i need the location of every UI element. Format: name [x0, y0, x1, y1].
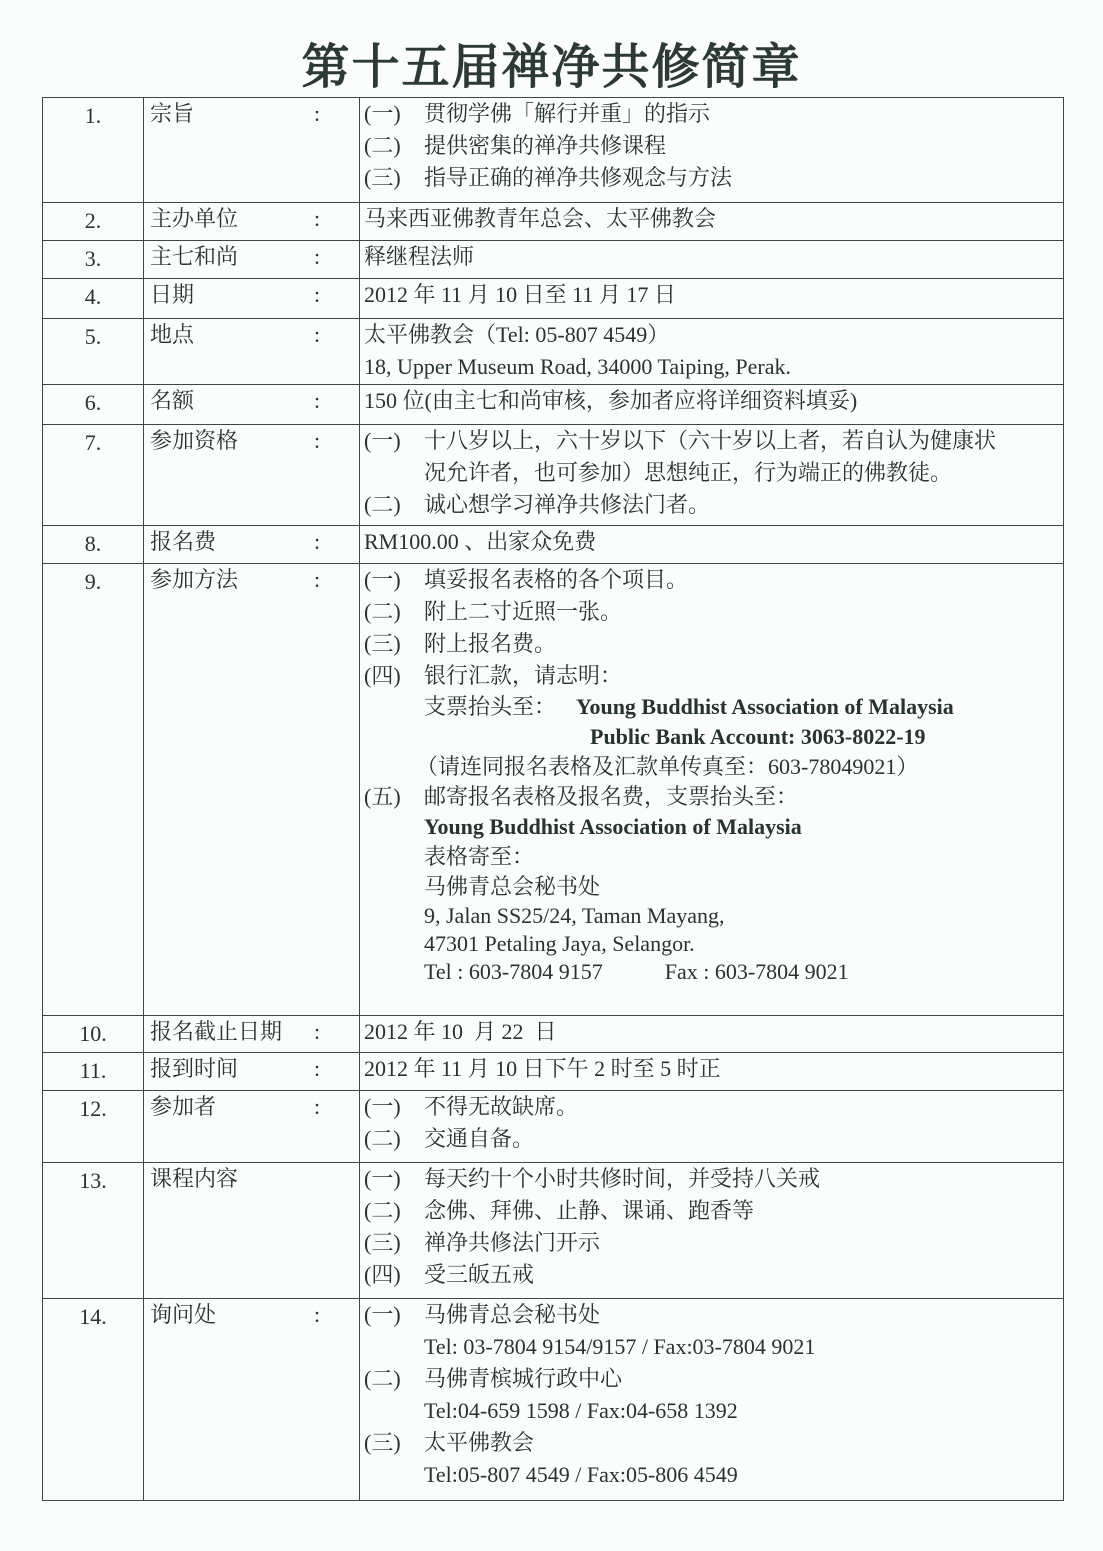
- row-number: 6.: [43, 385, 144, 425]
- row-label: 主七和尚:: [144, 241, 360, 279]
- row-number: 9.: [43, 564, 144, 1016]
- row-label: 询问处:: [144, 1299, 360, 1501]
- row-value: 太平佛教会（Tel: 05-807 4549） 18, Upper Museum…: [360, 319, 1064, 385]
- table-row: 8. 报名费: RM100.00 、出家众免费: [43, 526, 1064, 564]
- row-number: 8.: [43, 526, 144, 564]
- table-row: 9. 参加方法: (一)填妥报名表格的各个项目。 (二)附上二寸近照一张。 (三…: [43, 564, 1064, 1016]
- row-number: 10.: [43, 1016, 144, 1053]
- row-value: (一)不得无故缺席。 (二)交通自备。: [360, 1091, 1064, 1163]
- table-row: 1. 宗旨: (一)贯彻学佛「解行并重」的指示 (二)提供密集的禅净共修课程 (…: [43, 98, 1064, 203]
- row-value: RM100.00 、出家众免费: [360, 526, 1064, 564]
- row-value: 2012 年 11 月 10 日下午 2 时至 5 时正: [360, 1053, 1064, 1091]
- row-label: 课程内容: [144, 1163, 360, 1299]
- row-value: (一)贯彻学佛「解行并重」的指示 (二)提供密集的禅净共修课程 (三)指导正确的…: [360, 98, 1064, 203]
- row-number: 7.: [43, 425, 144, 526]
- row-value: 马来西亚佛教青年总会、太平佛教会: [360, 203, 1064, 241]
- row-label: 名额:: [144, 385, 360, 425]
- row-value: (一)马佛青总会秘书处 Tel: 03-7804 9154/9157 / Fax…: [360, 1299, 1064, 1501]
- row-number: 13.: [43, 1163, 144, 1299]
- row-value: 2012 年 10 月 22 日: [360, 1016, 1064, 1053]
- row-number: 12.: [43, 1091, 144, 1163]
- row-label: 报名截止日期:: [144, 1016, 360, 1053]
- row-label: 日期:: [144, 279, 360, 319]
- row-value: (一)填妥报名表格的各个项目。 (二)附上二寸近照一张。 (三)附上报名费。 (…: [360, 564, 1064, 1016]
- row-number: 4.: [43, 279, 144, 319]
- table-row: 4. 日期: 2012 年 11 月 10 日至 11 月 17 日: [43, 279, 1064, 319]
- row-label: 主办单位:: [144, 203, 360, 241]
- row-number: 1.: [43, 98, 144, 203]
- row-number: 14.: [43, 1299, 144, 1501]
- table-row: 2. 主办单位: 马来西亚佛教青年总会、太平佛教会: [43, 203, 1064, 241]
- row-value: (一)每天约十个小时共修时间，并受持八关戒 (二)念佛、拜佛、止静、课诵、跑香等…: [360, 1163, 1064, 1299]
- row-value: 150 位(由主七和尚审核，参加者应将详细资料填妥): [360, 385, 1064, 425]
- page-title: 第十五届禅净共修简章: [0, 28, 1103, 97]
- row-label: 地点:: [144, 319, 360, 385]
- table-row: 5. 地点: 太平佛教会（Tel: 05-807 4549） 18, Upper…: [43, 319, 1064, 385]
- row-value: 2012 年 11 月 10 日至 11 月 17 日: [360, 279, 1064, 319]
- row-label: 报名费:: [144, 526, 360, 564]
- bank-account: Public Bank Account: 3063-8022-19: [364, 722, 1063, 752]
- row-number: 2.: [43, 203, 144, 241]
- row-number: 11.: [43, 1053, 144, 1091]
- row-value: (一)十八岁以上，六十岁以下（六十岁以上者，若自认为健康状 况允许者，也可参加）…: [360, 425, 1064, 526]
- row-label: 报到时间:: [144, 1053, 360, 1091]
- table-row: 12. 参加者: (一)不得无故缺席。 (二)交通自备。: [43, 1091, 1064, 1163]
- table-row: 7. 参加资格: (一)十八岁以上，六十岁以下（六十岁以上者，若自认为健康状 况…: [43, 425, 1064, 526]
- row-label: 宗旨:: [144, 98, 360, 203]
- table-row: 3. 主七和尚: 释继程法师: [43, 241, 1064, 279]
- table-row: 14. 询问处: (一)马佛青总会秘书处 Tel: 03-7804 9154/9…: [43, 1299, 1064, 1501]
- row-label: 参加者:: [144, 1091, 360, 1163]
- table-row: 13. 课程内容 (一)每天约十个小时共修时间，并受持八关戒 (二)念佛、拜佛、…: [43, 1163, 1064, 1299]
- row-label: 参加方法:: [144, 564, 360, 1016]
- info-table: 1. 宗旨: (一)贯彻学佛「解行并重」的指示 (二)提供密集的禅净共修课程 (…: [42, 97, 1064, 1501]
- table-row: 6. 名额: 150 位(由主七和尚审核，参加者应将详细资料填妥): [43, 385, 1064, 425]
- row-number: 5.: [43, 319, 144, 385]
- row-number: 3.: [43, 241, 144, 279]
- row-label: 参加资格:: [144, 425, 360, 526]
- payee-name: Young Buddhist Association of Malaysia: [576, 694, 954, 719]
- table-row: 11. 报到时间: 2012 年 11 月 10 日下午 2 时至 5 时正: [43, 1053, 1064, 1091]
- row-value: 释继程法师: [360, 241, 1064, 279]
- table-row: 10. 报名截止日期: 2012 年 10 月 22 日: [43, 1016, 1064, 1053]
